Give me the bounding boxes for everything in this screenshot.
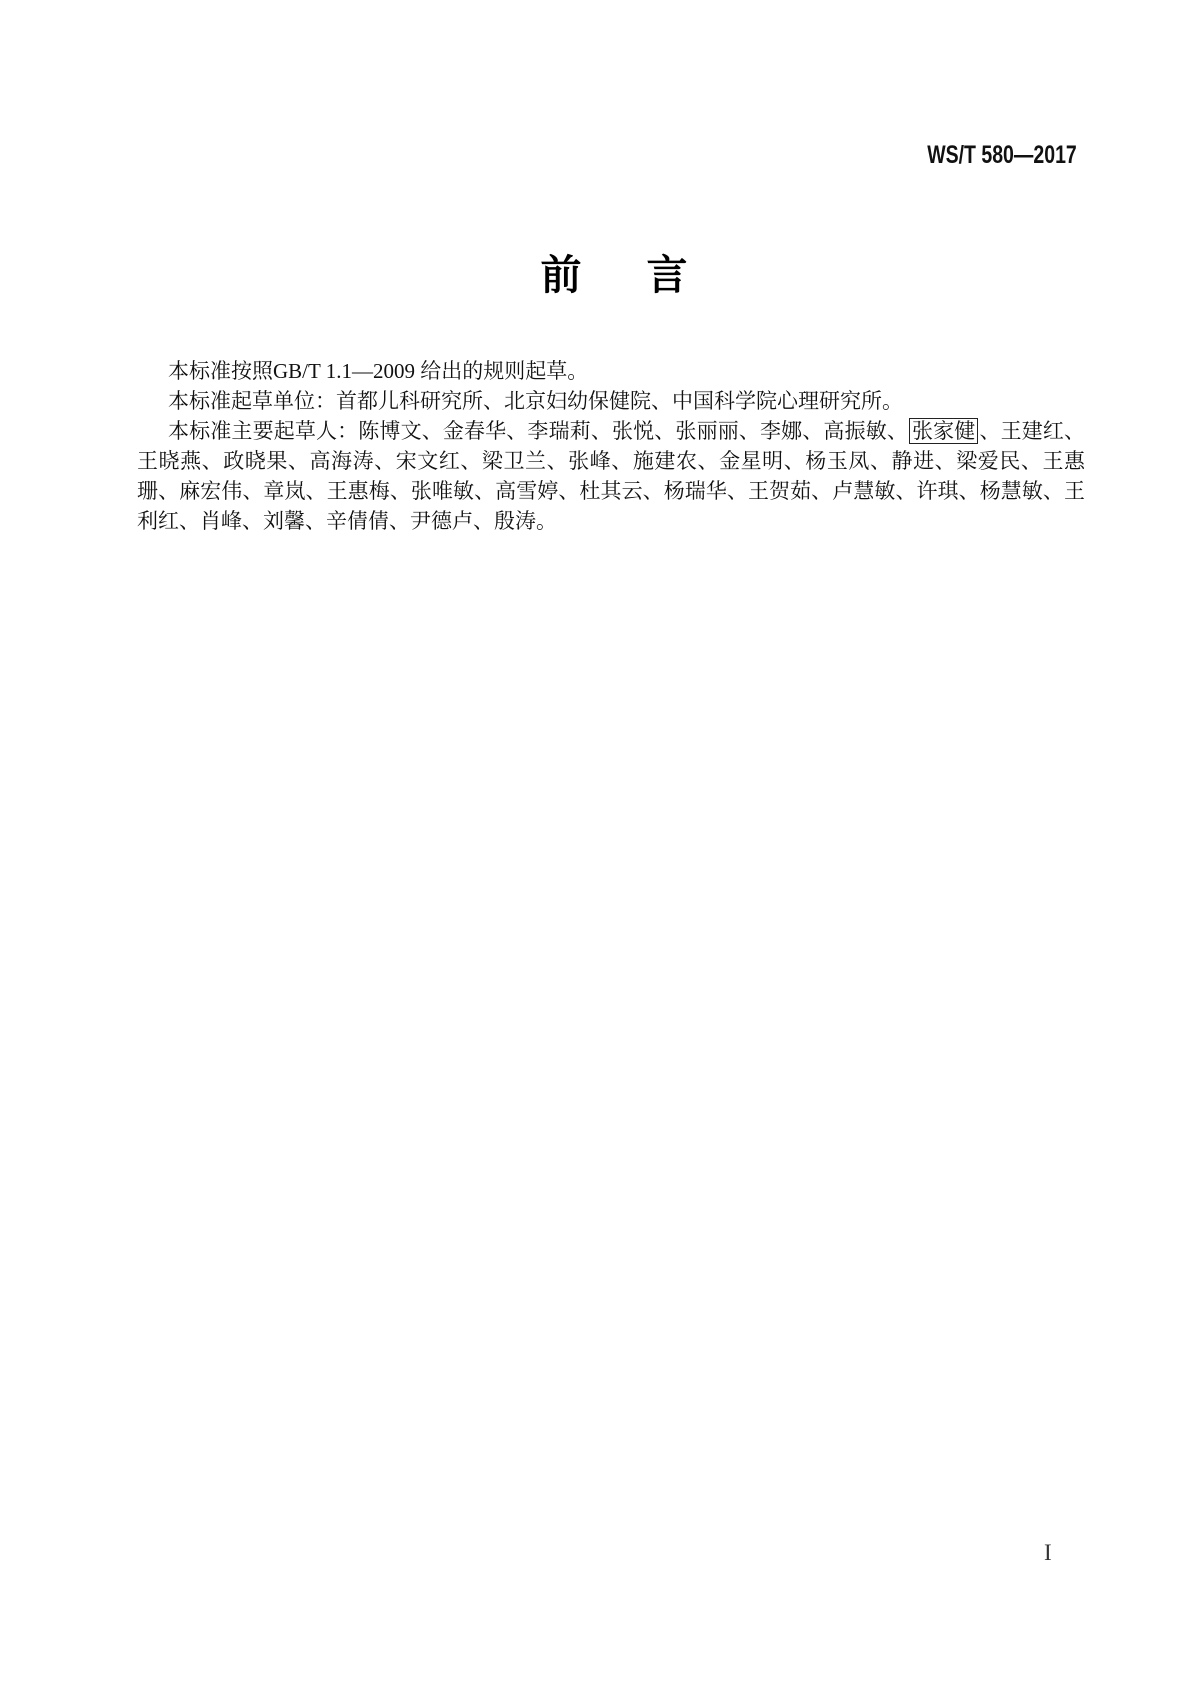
drafters-prefix: 本标准主要起草人：陈博文、金春华、李瑞莉、张悦、张丽丽、李娜、高振敏、 <box>168 419 908 443</box>
page-number: I <box>1044 1540 1052 1566</box>
paragraph-drafting-rules: 本标准按照GB/T 1.1—2009 给出的规则起草。 <box>137 356 1085 386</box>
page-title: 前 言 <box>140 253 1088 298</box>
document-page: WS/T 580—2017 前 言 本标准按照GB/T 1.1—2009 给出的… <box>0 0 1190 1682</box>
title-char-second: 言 <box>647 253 688 298</box>
paragraph-drafting-units: 本标准起草单位：首都儿科研究所、北京妇幼保健院、中国科学院心理研究所。 <box>137 386 1085 416</box>
standard-number: WS/T 580—2017 <box>927 141 1077 170</box>
boxed-drafter-name: 张家健 <box>909 418 978 444</box>
foreword-body: 本标准按照GB/T 1.1—2009 给出的规则起草。 本标准起草单位：首都儿科… <box>137 356 1085 536</box>
paragraph-drafters: 本标准主要起草人：陈博文、金春华、李瑞莉、张悦、张丽丽、李娜、高振敏、张家健、王… <box>137 416 1085 536</box>
title-char-first: 前 <box>541 253 582 298</box>
